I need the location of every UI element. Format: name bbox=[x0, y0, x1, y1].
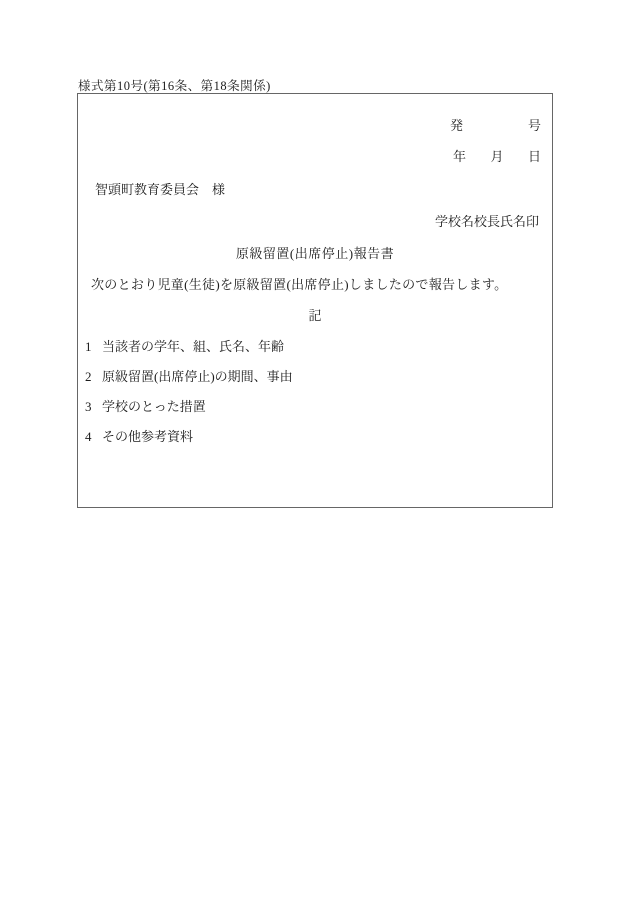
item-text: 当該者の学年、組、氏名、年齢 bbox=[102, 339, 284, 354]
date-line: 年 月 日 bbox=[453, 149, 541, 164]
date-month-label: 月 bbox=[490, 149, 503, 164]
sender-signature-line: 学校名校長氏名印 bbox=[435, 214, 539, 229]
document-page: 様式第10号(第16条、第18条関係) 発 号 年 月 日 智頭町教育委員会 様… bbox=[0, 0, 630, 903]
form-border-frame: 発 号 年 月 日 智頭町教育委員会 様 学校名校長氏名印 原級留置(出席停止)… bbox=[77, 93, 553, 508]
body-text: 次のとおり児童(生徒)を原級留置(出席停止)しましたので報告します。 bbox=[91, 277, 507, 292]
form-number-label: 様式第10号(第16条、第18条関係) bbox=[78, 76, 271, 94]
item-number: 3 bbox=[85, 399, 102, 414]
date-year-label: 年 bbox=[453, 149, 466, 164]
addressee: 智頭町教育委員会 様 bbox=[95, 182, 225, 197]
list-item: 2原級留置(出席停止)の期間、事由 bbox=[85, 369, 542, 384]
item-text: 原級留置(出席停止)の期間、事由 bbox=[102, 369, 293, 384]
document-title: 原級留置(出席停止)報告書 bbox=[78, 246, 552, 261]
item-number: 1 bbox=[85, 339, 102, 354]
date-day-label: 日 bbox=[528, 149, 541, 164]
item-list: 1当該者の学年、組、氏名、年齢 2原級留置(出席停止)の期間、事由 3学校のとっ… bbox=[85, 339, 542, 459]
item-number: 2 bbox=[85, 369, 102, 384]
item-number: 4 bbox=[85, 429, 102, 444]
doc-number-prefix: 発 bbox=[450, 118, 463, 133]
doc-number-suffix: 号 bbox=[528, 118, 541, 133]
list-item: 3学校のとった措置 bbox=[85, 399, 542, 414]
item-text: 学校のとった措置 bbox=[102, 399, 206, 414]
list-heading: 記 bbox=[78, 308, 552, 323]
list-item: 1当該者の学年、組、氏名、年齢 bbox=[85, 339, 542, 354]
list-item: 4その他参考資料 bbox=[85, 429, 542, 444]
item-text: その他参考資料 bbox=[102, 429, 193, 444]
document-number-line: 発 号 bbox=[450, 118, 541, 133]
